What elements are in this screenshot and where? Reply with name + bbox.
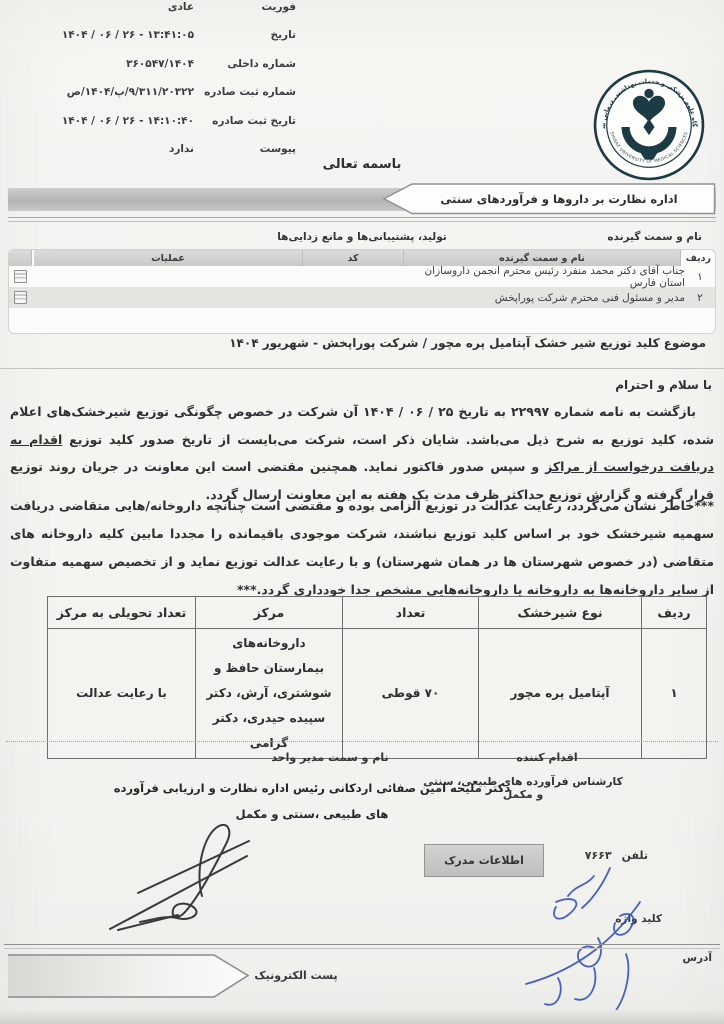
- department-title: اداره نظارت بر داروها و فرآوردهای سنتی: [382, 183, 716, 214]
- meta-priority: فوریت عادی: [14, 1, 296, 29]
- year-slogan: تولید، پشتیبانی‌ها و مانع زدایی‌ها: [0, 231, 724, 243]
- signature-divider: [6, 741, 718, 742]
- phone-field: تلفن ۷۶۶۳: [585, 849, 648, 862]
- recipients-table: ردیف نام و سمت گیرنده کد عملیات ۱ جناب آ…: [8, 249, 716, 334]
- cell-quantity: ۷۰ قوطی: [343, 629, 479, 759]
- col-icon-spacer: [9, 250, 32, 266]
- blue-pen-annotation: [498, 858, 673, 1020]
- meta-label: شماره ثبت صادره: [204, 86, 296, 98]
- meta-label: تاریخ ثبت صادره: [204, 115, 296, 127]
- meta-value: ۳۶۰۵۴۷/۱۴۰۴: [126, 58, 194, 70]
- meta-label: پیوست: [204, 143, 296, 155]
- col-row: ردیف: [642, 597, 707, 629]
- table-row: ۱ جناب آقای دکتر محمد منفرد رئیس محترم ا…: [9, 266, 715, 287]
- subject-divider: [0, 368, 724, 369]
- keyword-label: کلید واژه: [615, 913, 662, 925]
- row-index: ۱: [685, 271, 715, 283]
- row-action-icon[interactable]: [14, 270, 27, 283]
- col-quantity: تعداد: [343, 597, 479, 629]
- cell-row-index: ۱: [642, 629, 707, 759]
- distribution-header-row: ردیف نوع شیرخشک تعداد مرکز تعداد تحویلی …: [48, 597, 707, 629]
- col-center: مرکز: [196, 597, 343, 629]
- col-row: ردیف: [681, 250, 715, 266]
- actor-label: اقدام کننده: [427, 751, 667, 764]
- paragraph-text: بازگشت به نامه شماره ۲۲۹۹۷ به تاریخ ۲۵ /…: [10, 404, 714, 447]
- salutation: با سلام و احترام: [615, 378, 712, 392]
- meta-outgoing-date: تاریخ ثبت صادره ۱۴:۱۰:۴۰ - ۲۶ / ۰۶ / ۱۴۰…: [14, 115, 296, 143]
- col-delivered-to-center: تعداد تحویلی به مرکز: [48, 597, 196, 629]
- row-index: ۲: [685, 292, 715, 304]
- table-row: ۲ مدیر و مسئول فنی محترم شرکت پوراپخش: [9, 287, 715, 308]
- meta-label: فوریت: [204, 1, 296, 13]
- meta-value: عادی: [168, 1, 194, 13]
- col-code: کد: [303, 250, 404, 266]
- meta-value: ندارد: [169, 143, 194, 155]
- table-row: ۱ آپتامیل پره مچور ۷۰ قوطی داروخانه‌های …: [48, 629, 707, 759]
- subject-line: موضوع کلید توزیع شیر خشک آپتامیل پره مچو…: [16, 336, 706, 350]
- cell-centers: داروخانه‌های بیمارستان حافظ و شوشتری، آر…: [196, 629, 343, 759]
- meta-value: ۱۳:۴۱:۰۵ - ۲۶ / ۰۶ / ۱۴۰۴: [62, 29, 194, 41]
- col-operations: عملیات: [34, 250, 303, 266]
- body-paragraph-2: ***خاطر نشان می‌گردد، رعایت عدالت در توز…: [10, 492, 714, 604]
- meta-label: تاریخ: [204, 29, 296, 41]
- meta-date: تاریخ ۱۳:۴۱:۰۵ - ۲۶ / ۰۶ / ۱۴۰۴: [14, 29, 296, 57]
- footer-divider: [4, 944, 720, 949]
- scanned-letter-page: فوریت عادی تاریخ ۱۳:۴۱:۰۵ - ۲۶ / ۰۶ / ۱۴…: [0, 0, 724, 1024]
- bismillah-text: باسمه تعالی: [0, 157, 724, 172]
- scan-bottom-edge: [0, 1010, 724, 1024]
- cell-milk-type: آپتامیل پره مچور: [479, 629, 642, 759]
- manager-label: نام و سمت مدیر واحد: [230, 751, 430, 764]
- manager-name-title: دکتر ملیحه امین صفائی اردکانی رئیس اداره…: [112, 775, 512, 827]
- phone-value: ۷۶۶۳: [585, 849, 612, 862]
- meta-value: ۹/۳۱۱/۲۰۳۲۲/پ/۱۴۰۴/ص: [67, 86, 194, 98]
- distribution-table: ردیف نوع شیرخشک تعداد مرکز تعداد تحویلی …: [47, 596, 707, 759]
- recipient-name: جناب آقای دکتر محمد منفرد رئیس محترم انج…: [399, 265, 685, 289]
- meta-outgoing-number: شماره ثبت صادره ۹/۳۱۱/۲۰۳۲۲/پ/۱۴۰۴/ص: [14, 86, 296, 114]
- meta-value: ۱۴:۱۰:۴۰ - ۲۶ / ۰۶ / ۱۴۰۴: [62, 115, 194, 127]
- phone-label: تلفن: [622, 849, 648, 862]
- address-label: آدرس: [682, 952, 712, 964]
- meta-label: شماره داخلی: [204, 58, 296, 70]
- cell-delivered: با رعایت عدالت: [48, 629, 196, 759]
- letter-metadata: فوریت عادی تاریخ ۱۳:۴۱:۰۵ - ۲۶ / ۰۶ / ۱۴…: [14, 1, 296, 171]
- col-milk-type: نوع شیرخشک: [479, 597, 642, 629]
- row-action-icon[interactable]: [14, 291, 27, 304]
- recipient-name: مدیر و مسئول فنی محترم شرکت پوراپخش: [399, 292, 685, 304]
- address-arrow-box: [8, 953, 256, 999]
- document-info-button[interactable]: اطلاعات مدرک: [424, 844, 544, 877]
- meta-internal-number: شماره داخلی ۳۶۰۵۴۷/۱۴۰۴: [14, 58, 296, 86]
- header-divider: [8, 217, 716, 222]
